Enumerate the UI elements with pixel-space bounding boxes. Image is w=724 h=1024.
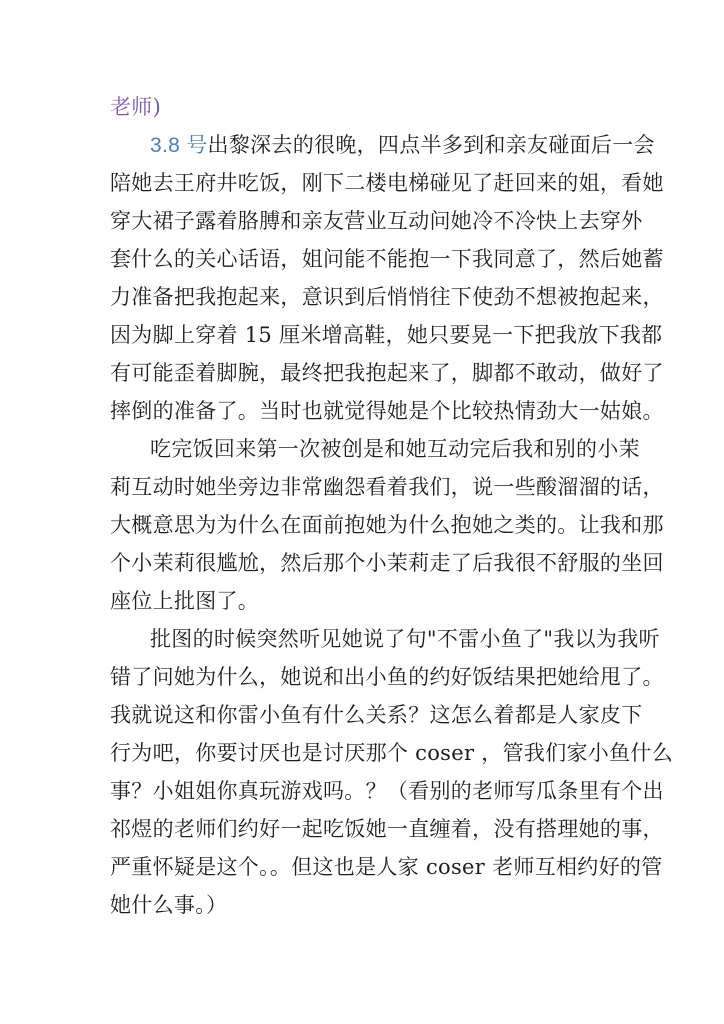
paragraph-line: 有可能歪着脚腕，最终把我抱起来了，脚都不敢动，做好了 <box>110 354 620 392</box>
paragraph-3: 批图的时候突然听见她说了句"不雷小鱼了"我以为我听 错了问她为什么，她说和出小鱼… <box>110 620 620 924</box>
paragraph-line: 摔倒的准备了。当时也就觉得她是个比较热情劲大一姑娘。 <box>110 392 620 430</box>
header-fragment: 老师) <box>110 88 620 126</box>
paragraph-line: 因为脚上穿着 15 厘米增高鞋，她只要晃一下把我放下我都 <box>110 316 620 354</box>
paragraph-1: 3.8 号出黎深去的很晚，四点半多到和亲友碰面后一会 陪她去王府井吃饭，刚下二楼… <box>110 126 620 430</box>
paragraph-line: 吃完饭回来第一次被创是和她互动完后我和别的小茉 <box>110 430 620 468</box>
paragraph-line: 穿大裙子露着胳膊和亲友营业互动问她冷不冷快上去穿外 <box>110 202 620 240</box>
paragraph-line: 事？小姐姐你真玩游戏吗。？（看别的老师写瓜条里有个出 <box>110 772 620 810</box>
paragraph-2: 吃完饭回来第一次被创是和她互动完后我和别的小茉 莉互动时她坐旁边非常幽怨看着我们… <box>110 430 620 620</box>
paragraph-line: 批图的时候突然听见她说了句"不雷小鱼了"我以为我听 <box>110 620 620 658</box>
paragraph-line: 我就说这和你雷小鱼有什么关系？这怎么着都是人家皮下 <box>110 696 620 734</box>
paragraph-line: 严重怀疑是这个。。但这也是人家 coser 老师互相约好的管 <box>110 848 620 886</box>
paragraph-line: 3.8 号出黎深去的很晚，四点半多到和亲友碰面后一会 <box>110 126 620 164</box>
paragraph-line: 错了问她为什么，她说和出小鱼的约好饭结果把她给甩了。 <box>110 658 620 696</box>
paragraph-line: 祁煜的老师们约好一起吃饭她一直缠着，没有搭理她的事， <box>110 810 620 848</box>
paragraph-line: 陪她去王府井吃饭，刚下二楼电梯碰见了赶回来的姐，看她 <box>110 164 620 202</box>
paragraph-line: 套什么的关心话语，姐问能不能抱一下我同意了，然后她蓄 <box>110 240 620 278</box>
paragraph-line: 个小茉莉很尴尬，然后那个小茉莉走了后我很不舒服的坐回 <box>110 544 620 582</box>
date-lead: 3.8 号 <box>150 134 208 157</box>
paragraph-line: 力准备把我抱起来，意识到后悄悄往下使劲不想被抱起来， <box>110 278 620 316</box>
paragraph-line: 座位上批图了。 <box>110 582 620 620</box>
paragraph-line: 大概意思为为什么在面前抱她为什么抱她之类的。让我和那 <box>110 506 620 544</box>
paragraph-line: 莉互动时她坐旁边非常幽怨看着我们，说一些酸溜溜的话， <box>110 468 620 506</box>
paragraph-line: 行为吧，你要讨厌也是讨厌那个 coser ，管我们家小鱼什么 <box>110 734 620 772</box>
document-page: 老师) 3.8 号出黎深去的很晚，四点半多到和亲友碰面后一会 陪她去王府井吃饭，… <box>110 88 620 924</box>
paragraph-line: 她什么事。） <box>110 886 620 924</box>
